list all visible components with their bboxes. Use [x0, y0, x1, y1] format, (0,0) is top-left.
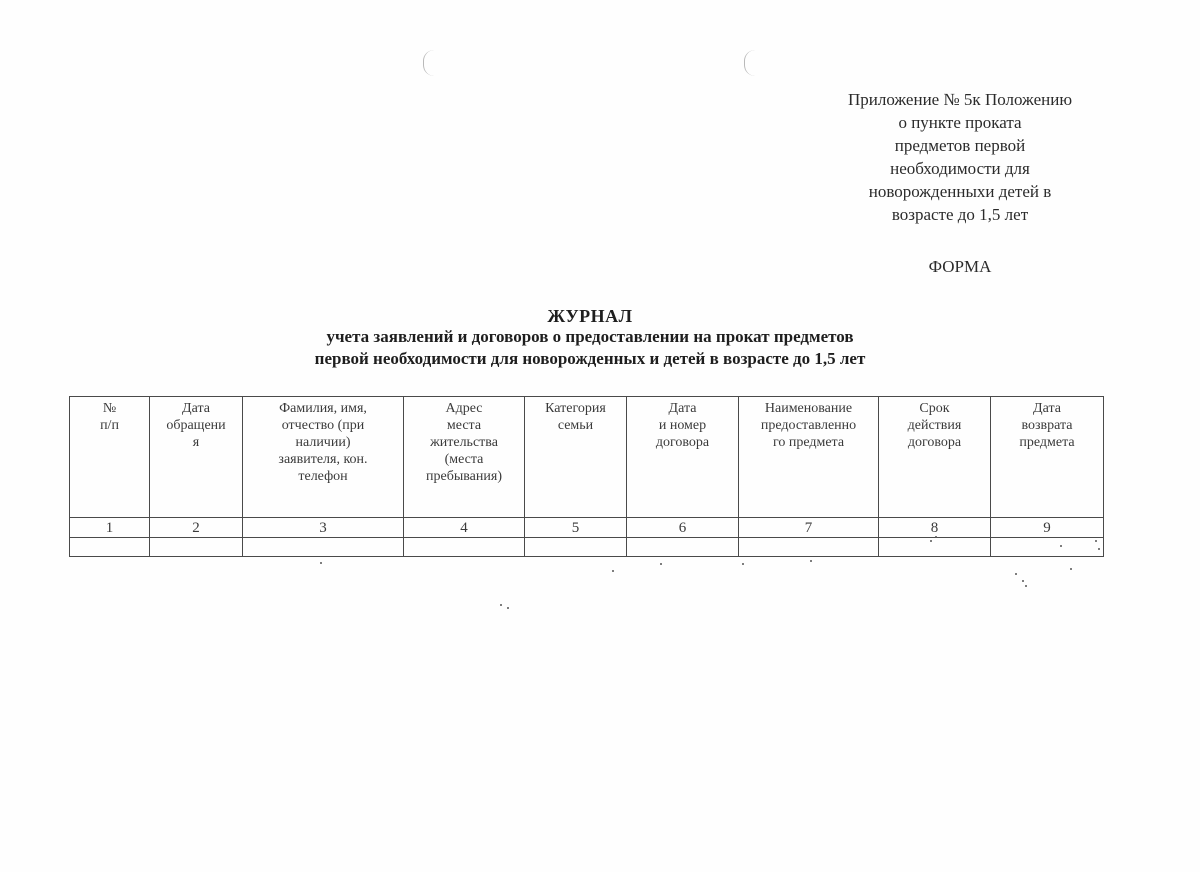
column-header: Наименованиепредоставленного предмета — [739, 397, 879, 518]
appendix-line: возрасте до 1,5 лет — [790, 203, 1130, 226]
column-header: Датавозвратапредмета — [991, 397, 1104, 518]
column-header-line: Категория — [527, 400, 624, 417]
column-header-line: (места — [406, 451, 522, 468]
column-number-cell: 2 — [150, 518, 243, 538]
scan-speck — [1098, 548, 1100, 550]
column-header: №п/п — [70, 397, 150, 518]
table-cell[interactable] — [150, 538, 243, 557]
table-cell[interactable] — [879, 538, 991, 557]
column-header-line: телефон — [245, 468, 401, 485]
scan-speck — [1060, 545, 1062, 547]
appendix-line: необходимости для — [790, 157, 1130, 180]
column-header-line: пребывания) — [406, 468, 522, 485]
table-cell[interactable] — [70, 538, 150, 557]
scan-speck — [1025, 585, 1027, 587]
table-cell[interactable] — [627, 538, 739, 557]
column-header: Адресместажительства(местапребывания) — [404, 397, 525, 518]
column-header-line: Наименование — [741, 400, 876, 417]
scan-speck — [1022, 580, 1024, 582]
column-header-line: договора — [629, 434, 736, 451]
column-header-line: наличии) — [245, 434, 401, 451]
column-header: Датаобращения — [150, 397, 243, 518]
column-header-line: места — [406, 417, 522, 434]
column-header-line: заявителя, кон. — [245, 451, 401, 468]
document-title: ЖУРНАЛ учета заявлений и договоров о пре… — [200, 306, 980, 370]
scan-speck — [1095, 540, 1097, 542]
table-cell[interactable] — [404, 538, 525, 557]
column-number-cell: 8 — [879, 518, 991, 538]
scan-speck — [742, 563, 744, 565]
column-header-line: Дата — [152, 400, 240, 417]
table-cell[interactable] — [991, 538, 1104, 557]
title-subtitle-line: учета заявлений и договоров о предоставл… — [200, 326, 980, 348]
title-main: ЖУРНАЛ — [200, 306, 980, 326]
appendix-line: новорожденныхи детей в — [790, 180, 1130, 203]
scan-speck — [660, 563, 662, 565]
column-header-line: Срок — [881, 400, 988, 417]
column-header-line: предоставленно — [741, 417, 876, 434]
column-number-cell: 3 — [243, 518, 404, 538]
column-header-line: Дата — [993, 400, 1101, 417]
table-column-numbers-row: 123456789 — [70, 518, 1104, 538]
appendix-reference: Приложение № 5к Положению о пункте прока… — [790, 88, 1130, 226]
column-header-line: договора — [881, 434, 988, 451]
scan-speck — [1015, 573, 1017, 575]
column-header-line: отчество (при — [245, 417, 401, 434]
column-header-line: предмета — [993, 434, 1101, 451]
column-header-line: Фамилия, имя, — [245, 400, 401, 417]
punch-hole-mark-icon — [423, 50, 434, 76]
document-page: Приложение № 5к Положению о пункте прока… — [0, 0, 1200, 872]
column-header: Фамилия, имя,отчество (приналичии)заявит… — [243, 397, 404, 518]
table-cell[interactable] — [739, 538, 879, 557]
title-subtitle-line: первой необходимости для новорожденных и… — [200, 348, 980, 370]
column-number-cell: 9 — [991, 518, 1104, 538]
column-number-cell: 4 — [404, 518, 525, 538]
appendix-line: о пункте проката — [790, 111, 1130, 134]
scan-speck — [935, 536, 937, 538]
column-header-line: жительства — [406, 434, 522, 451]
scan-speck — [930, 540, 932, 542]
column-header-line: действия — [881, 417, 988, 434]
column-header-line: го предмета — [741, 434, 876, 451]
column-header-line: № — [72, 400, 147, 417]
appendix-line: Приложение № 5к Положению — [790, 88, 1130, 111]
form-label: ФОРМА — [790, 257, 1130, 277]
table-row — [70, 538, 1104, 557]
column-header-line: и номер — [629, 417, 736, 434]
scan-speck — [612, 570, 614, 572]
column-header: Датаи номердоговора — [627, 397, 739, 518]
table-cell[interactable] — [525, 538, 627, 557]
scan-speck — [507, 607, 509, 609]
table-header-row: №п/пДатаобращенияФамилия, имя,отчество (… — [70, 397, 1104, 518]
column-header: Срокдействиядоговора — [879, 397, 991, 518]
scan-speck — [320, 562, 322, 564]
column-number-cell: 6 — [627, 518, 739, 538]
scan-speck — [1070, 568, 1072, 570]
column-header-line: семьи — [527, 417, 624, 434]
column-header-line: возврата — [993, 417, 1101, 434]
table-cell[interactable] — [243, 538, 404, 557]
column-header-line: Дата — [629, 400, 736, 417]
appendix-line: предметов первой — [790, 134, 1130, 157]
journal-table: №п/пДатаобращенияФамилия, имя,отчество (… — [69, 396, 1104, 557]
scan-speck — [500, 604, 502, 606]
column-header-line: п/п — [72, 417, 147, 434]
punch-hole-mark-icon — [744, 50, 755, 76]
column-number-cell: 5 — [525, 518, 627, 538]
column-number-cell: 1 — [70, 518, 150, 538]
column-number-cell: 7 — [739, 518, 879, 538]
column-header-line: я — [152, 434, 240, 451]
column-header-line: Адрес — [406, 400, 522, 417]
column-header: Категориясемьи — [525, 397, 627, 518]
column-header-line: обращени — [152, 417, 240, 434]
scan-speck — [810, 560, 812, 562]
